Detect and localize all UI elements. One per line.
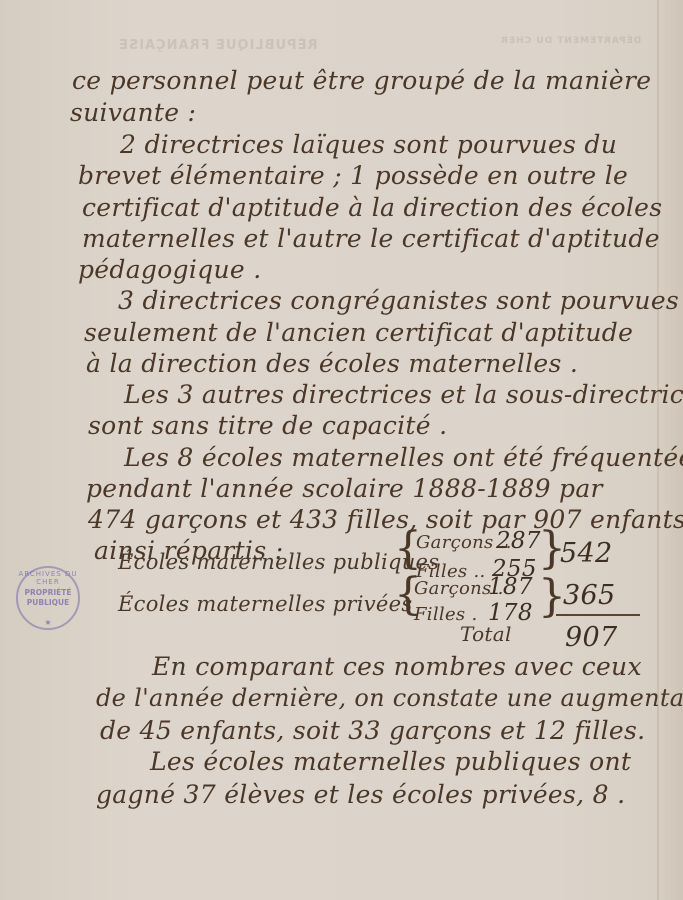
stamp-ring-text: ARCHIVES DU CHER — [18, 570, 78, 586]
text-line: En comparant ces nombres avec ceux — [152, 652, 642, 681]
text-line: suivante : — [70, 98, 196, 127]
text-line: pendant l'année scolaire 1888-1889 par — [86, 474, 603, 503]
brace-right: } — [538, 575, 566, 619]
text-line: seulement de l'ancien certificat d'aptit… — [84, 318, 633, 347]
entry-value: 287 — [496, 528, 541, 554]
row-label-publiques: Écoles maternelles publiques — [118, 550, 439, 574]
text-line: 3 directrices congréganistes sont pourvu… — [118, 286, 679, 315]
text-line: Les écoles maternelles publiques ont — [150, 747, 631, 776]
row-label-privees: Écoles maternelles privées — [118, 592, 412, 616]
text-line: gagné 37 élèves et les écoles privées, 8… — [96, 780, 625, 809]
subtotal-value: 365 — [563, 580, 615, 611]
text-line: ce personnel peut être groupé de la mani… — [72, 66, 651, 95]
bleed-through-header: RÉPUBLIQUE FRANÇAISE — [118, 38, 318, 53]
total-label: Total — [460, 622, 512, 646]
star-icon: ★ — [18, 618, 78, 627]
bleed-through-header-right: DÉPARTEMENT DU CHER — [500, 36, 641, 46]
stamp-line-2: PUBLIQUE — [18, 598, 78, 608]
text-line: pédagogique . — [78, 255, 261, 284]
subtotal-value: 542 — [560, 538, 612, 569]
text-line: brevet élémentaire ; 1 possède en outre … — [78, 161, 628, 190]
text-line: maternelles et l'autre le certificat d'a… — [82, 224, 660, 253]
text-line: Les 3 autres directrices et la sous-dire… — [124, 380, 683, 409]
text-line: 2 directrices laïques sont pourvues du — [120, 130, 617, 159]
text-line: 474 garçons et 433 filles, soit par 907 … — [88, 505, 683, 534]
stamp-line-1: PROPRIÉTÉ — [18, 588, 78, 598]
text-line: de 45 enfants, soit 33 garçons et 12 fil… — [100, 716, 645, 745]
archive-stamp: ARCHIVES DU CHER PROPRIÉTÉ PUBLIQUE ★ — [16, 566, 80, 630]
text-line: sont sans titre de capacité . — [88, 411, 447, 440]
text-line: de l'année dernière, on constate une aug… — [96, 684, 683, 712]
entry-value: 187 — [488, 574, 533, 600]
sum-rule — [556, 614, 640, 616]
document-page: RÉPUBLIQUE FRANÇAISE DÉPARTEMENT DU CHER… — [0, 0, 683, 900]
text-line: Les 8 écoles maternelles ont été fréquen… — [124, 443, 683, 472]
text-line: certificat d'aptitude à la direction des… — [82, 193, 662, 222]
text-line: à la direction des écoles maternelles . — [86, 349, 578, 378]
stamp-inner-text: PROPRIÉTÉ PUBLIQUE — [18, 588, 78, 608]
total-value: 907 — [565, 622, 617, 653]
